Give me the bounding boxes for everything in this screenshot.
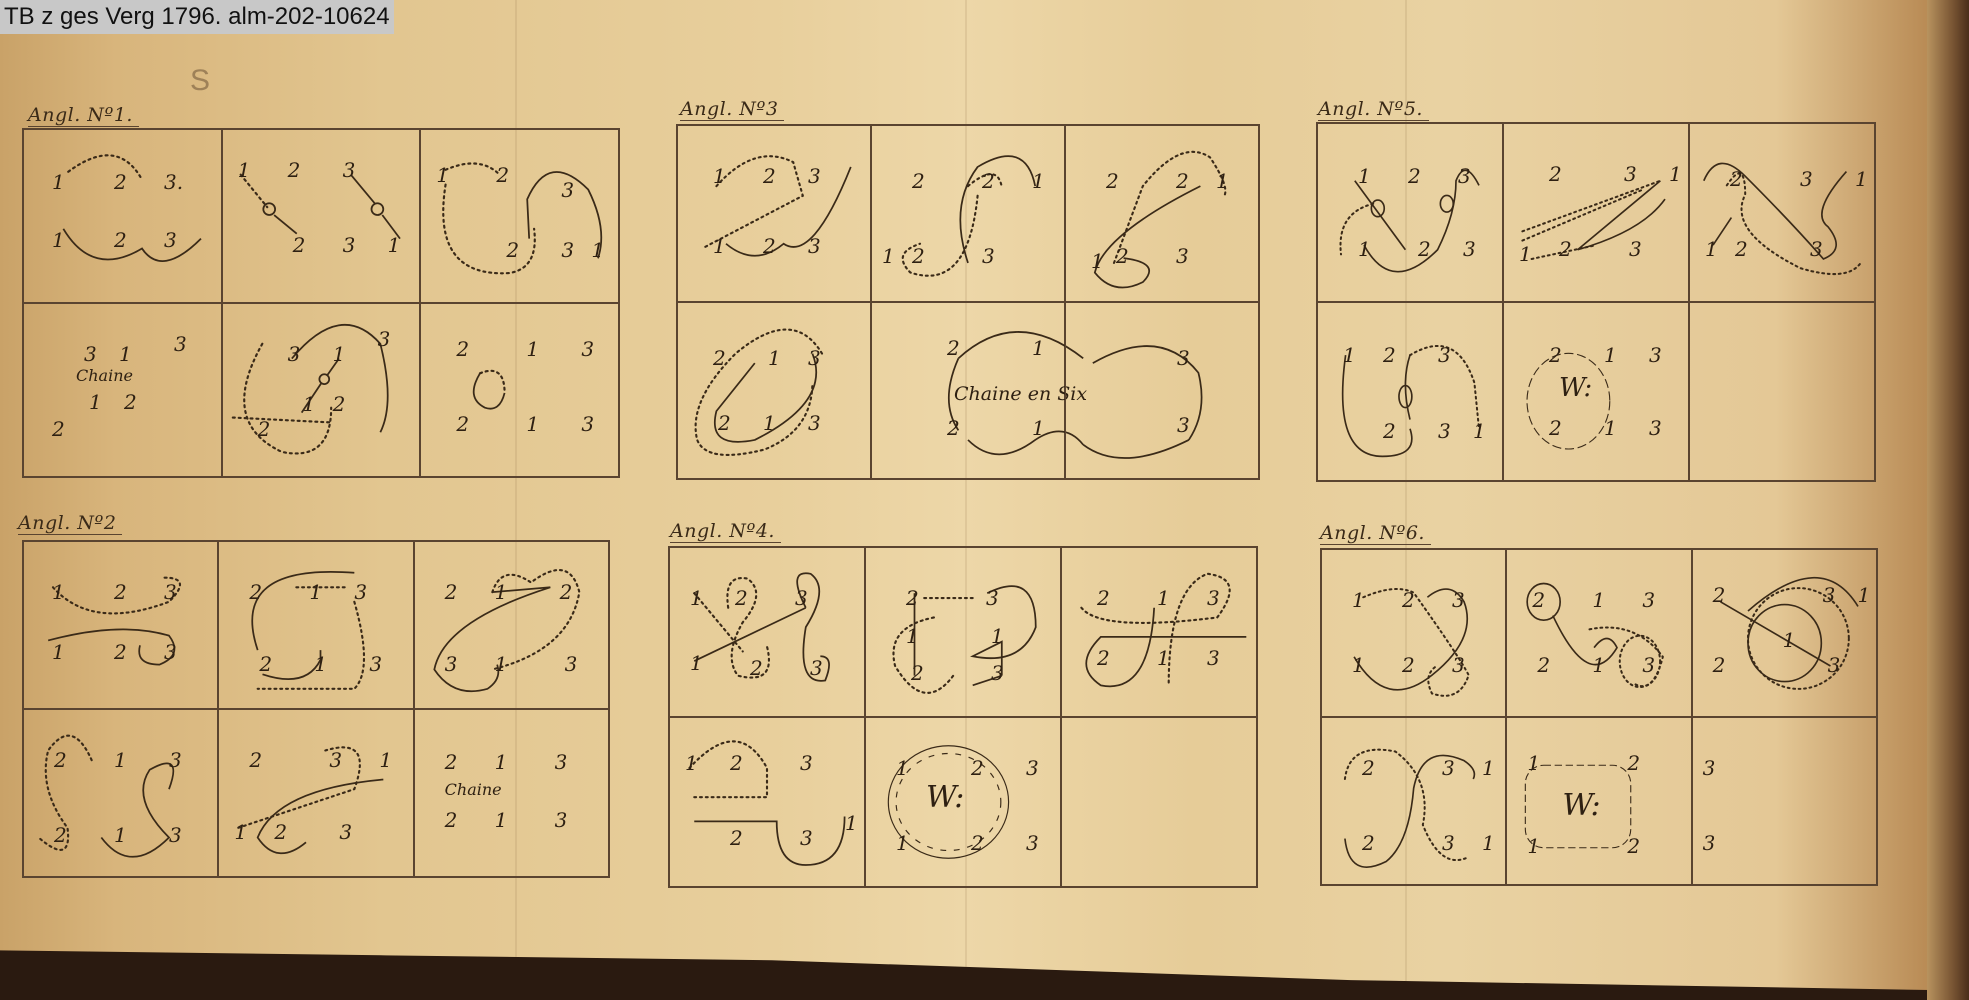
position-number: 2 <box>1097 588 1110 608</box>
figure-cell: 2 1 3 Chaine 2 1 3 <box>414 709 609 877</box>
position-number: 2 <box>1176 171 1189 191</box>
position-number: 1 <box>1519 244 1532 264</box>
position-number: 2 <box>1627 753 1640 773</box>
position-number: 2 <box>293 235 306 255</box>
position-number: 3 <box>1176 246 1189 266</box>
figure-cell: 2 1 3 2 1 3 <box>677 302 871 479</box>
position-number: 2 <box>1408 166 1421 186</box>
position-number: 2 <box>1627 836 1640 856</box>
figure-cell: 1 2 3 2 3 1 <box>222 129 421 303</box>
monogram-w: W: <box>926 780 964 815</box>
monogram-w: W: <box>1559 373 1592 403</box>
position-number: 1 <box>89 392 102 412</box>
position-number: 2 <box>333 394 346 414</box>
position-number: 2 <box>259 654 272 674</box>
position-number: 1 <box>52 642 65 662</box>
dance-figure-drawing <box>1062 548 1256 716</box>
position-number: 3 <box>164 230 177 250</box>
position-number: 1 <box>763 413 776 433</box>
figure-cell: 3 3 <box>1692 717 1877 885</box>
dance-figure-drawing <box>1504 124 1688 301</box>
figure-cell: 1 2 3 2 3 1 <box>1317 302 1503 481</box>
position-number: 1 <box>1482 758 1495 778</box>
position-number: 3 <box>1207 588 1220 608</box>
position-number: 2 <box>124 392 137 412</box>
position-number: 2 <box>1537 655 1550 675</box>
figure-cell: 2 3 1 1 2 3 <box>1689 123 1875 302</box>
dance-figure-drawing <box>1322 718 1505 884</box>
plate-title-6: Angl. Nº6. <box>1320 522 1431 545</box>
position-number: 3 <box>982 246 995 266</box>
position-number: 2 <box>288 160 301 180</box>
position-number: 1 <box>436 165 449 185</box>
position-number: 3 <box>1629 239 1642 259</box>
dance-figure-drawing <box>1322 550 1505 716</box>
figure-cell: 1 2 3 1 2 3 <box>669 547 865 717</box>
figure-cell: 1 2 3 2 3 1 <box>669 717 865 887</box>
position-number: 3 <box>1438 421 1451 441</box>
position-number: 2 <box>54 750 67 770</box>
figure-cell: 2 3 1 2 3 1 <box>1321 717 1506 885</box>
figure-cell: 1 2 3. 1 2 3 <box>23 129 222 303</box>
position-number: 1 <box>495 582 508 602</box>
dance-figure-drawing <box>24 542 217 708</box>
position-number: 3 <box>1463 239 1476 259</box>
position-number: 2 <box>1713 585 1726 605</box>
position-number: 3 <box>343 160 356 180</box>
figure-cell: 1 2 3 1 2 3 <box>677 125 871 302</box>
position-number: 2 <box>911 663 924 683</box>
position-number: 3 <box>1026 758 1039 778</box>
position-number: 1 <box>379 750 392 770</box>
dance-figure-drawing <box>421 304 618 476</box>
figure-cell: 1 2 3 1 2 3 <box>1317 123 1503 302</box>
dance-figure-drawing <box>24 710 217 876</box>
position-number: 1 <box>526 414 539 434</box>
position-number: 3 <box>555 810 568 830</box>
position-number: 1 <box>1592 590 1605 610</box>
position-number: 2 <box>114 582 127 602</box>
position-number: 2 <box>1730 169 1743 189</box>
position-number: 2 <box>947 418 960 438</box>
position-number: 1 <box>1032 338 1045 358</box>
position-number: 1 <box>591 240 604 260</box>
position-number: 3 <box>1828 655 1841 675</box>
position-number: 2 <box>1362 758 1375 778</box>
position-number: 2 <box>912 171 925 191</box>
figure-cell: 2 3 1 1 2 3 <box>1503 123 1689 302</box>
position-number: 3 <box>565 654 578 674</box>
position-number: 2 <box>750 658 763 678</box>
position-number: 1 <box>119 344 132 364</box>
figure-cell: 2 1 2 3 1 3 <box>414 541 609 709</box>
figure-cell: 2 2 1 1 2 3 <box>871 125 1065 302</box>
position-number: 2 <box>456 339 469 359</box>
plate-title-1: Angl. Nº1. <box>28 104 139 127</box>
figure-cell: 2 3 1 2 1 3 <box>1692 549 1877 717</box>
position-number: 3 <box>1442 833 1455 853</box>
position-number: 1 <box>1091 251 1104 271</box>
position-number: 2 <box>1713 655 1726 675</box>
position-number: 3 <box>343 235 356 255</box>
position-number: 2 <box>249 582 262 602</box>
position-number: 3 <box>1642 655 1655 675</box>
position-number: 1 <box>1343 345 1356 365</box>
position-number: 2 <box>971 833 984 853</box>
position-number: 2 <box>982 171 995 191</box>
dance-figure-drawing <box>219 710 412 876</box>
position-number: 1 <box>333 344 346 364</box>
position-number: 3 <box>1649 345 1662 365</box>
position-number: 2 <box>763 236 776 256</box>
position-number: 2 <box>912 246 925 266</box>
figure-cell: 2 3 1 1 2 3 <box>218 709 413 877</box>
position-number: 3 <box>808 166 821 186</box>
position-number: 1 <box>896 758 909 778</box>
figure-cell: 1 2 3 1 2 3 <box>23 541 218 709</box>
dance-figure-drawing <box>866 548 1060 716</box>
position-number: 1 <box>1705 239 1718 259</box>
position-number: 3 <box>1438 345 1451 365</box>
position-number: 3 <box>1800 169 1813 189</box>
plate-title-4: Angl. Nº4. <box>670 520 781 543</box>
position-number: 3 <box>164 582 177 602</box>
chaine-label: Chaine <box>445 780 502 799</box>
position-number: 3 <box>1458 166 1471 186</box>
dance-figure-drawing <box>24 130 221 302</box>
position-number: 1 <box>882 246 895 266</box>
position-number: 2 <box>1383 345 1396 365</box>
document-page: Angl. Nº1. 1 2 3. 1 2 3 1 2 3 2 3 1 1 2 … <box>0 0 1930 990</box>
position-number: 2 <box>971 758 984 778</box>
position-number: 2 <box>114 642 127 662</box>
plate-title-5: Angl. Nº5. <box>1318 98 1429 121</box>
position-number: 2 <box>906 588 919 608</box>
plate-title-2: Angl. Nº2 <box>18 512 122 535</box>
figure-cell: 2 1 3 2 1 3 <box>218 541 413 709</box>
position-number: 1 <box>303 394 316 414</box>
position-number: 3 <box>1026 833 1039 853</box>
figure-cell: 2 1 3 2 1 3 <box>1506 549 1691 717</box>
position-number: 1 <box>1352 590 1365 610</box>
chaine-label: Chaine <box>76 366 133 385</box>
dance-figure-drawing <box>1066 126 1258 301</box>
position-number: 2 <box>445 752 458 772</box>
position-number: 2 <box>1549 164 1562 184</box>
figure-cell <box>1061 717 1257 887</box>
position-number: 1 <box>495 752 508 772</box>
position-number: 3 <box>169 825 182 845</box>
position-number: 1 <box>1358 166 1371 186</box>
position-number: 1 <box>906 626 919 646</box>
position-number: 1 <box>238 160 251 180</box>
position-number: 1 <box>690 588 703 608</box>
dance-figure-drawing <box>219 542 412 708</box>
figure-cell: 2 2 1 1 2 3 <box>1065 125 1259 302</box>
position-number: 2 <box>114 230 127 250</box>
position-number: 3 <box>1703 833 1716 853</box>
position-number: 1 <box>495 810 508 830</box>
position-number: 1 <box>685 753 698 773</box>
position-number: 3 <box>369 654 382 674</box>
position-number: 2 <box>735 588 748 608</box>
position-number: 2 <box>1532 590 1545 610</box>
figure-cell: 2 1 3 2 1 3 <box>420 303 619 477</box>
position-number: 3 <box>561 240 574 260</box>
position-number: 3 <box>169 750 182 770</box>
position-number: 3 <box>808 413 821 433</box>
position-number: 2 <box>1362 833 1375 853</box>
figure-cell: 2 1 3 W: 2 1 3 <box>1503 302 1689 481</box>
position-number: 3 <box>378 329 391 349</box>
position-number: 1 <box>234 822 247 842</box>
position-number: 1 <box>388 235 401 255</box>
library-stamp: S <box>190 64 210 98</box>
dance-figure-drawing <box>1690 124 1874 301</box>
position-number: 1 <box>1604 345 1617 365</box>
position-number: 2 <box>114 172 127 192</box>
position-number: 1 <box>713 166 726 186</box>
position-number: 3 <box>561 180 574 200</box>
figure-cell: 1 2 3 W: 1 2 3 <box>865 717 1061 887</box>
dance-figure-drawing <box>415 542 608 708</box>
position-number: 2 <box>947 338 960 358</box>
dance-figure-drawing <box>1318 303 1502 480</box>
position-number: 1 <box>1669 164 1682 184</box>
position-number: 3 <box>1452 590 1465 610</box>
position-number: 1 <box>1473 421 1486 441</box>
dance-figure-drawing <box>872 126 1064 301</box>
figure-grid-2: 1 2 3 1 2 3 2 1 3 2 1 3 2 1 2 3 1 3 2 <box>22 540 610 878</box>
position-number: 3 <box>808 236 821 256</box>
position-number: 1 <box>114 825 127 845</box>
position-number: 1 <box>1527 753 1540 773</box>
figure-grid-5: 1 2 3 1 2 3 2 3 1 1 2 3 2 3 1 1 2 3 1 <box>1316 122 1876 482</box>
position-number: 2 <box>274 822 287 842</box>
figure-grid-6: 1 2 3 1 2 3 2 1 3 2 1 3 2 3 1 2 1 3 2 <box>1320 548 1878 886</box>
position-number: 3 <box>808 348 821 368</box>
position-number: 1 <box>1157 648 1170 668</box>
position-number: 2 <box>1116 246 1129 266</box>
position-number: 2 <box>52 419 65 439</box>
position-number: 2 <box>1735 239 1748 259</box>
position-number: 2 <box>1097 648 1110 668</box>
position-number: 3 <box>174 334 187 354</box>
position-number: 1 <box>1858 585 1871 605</box>
dance-figure-drawing <box>670 548 864 716</box>
figure-cell: 1 2 W: 1 2 <box>1506 717 1691 885</box>
position-number: 1 <box>713 236 726 256</box>
figure-grid-1: 1 2 3. 1 2 3 1 2 3 2 3 1 1 2 3 2 3 1 3 1 <box>22 128 620 478</box>
position-number: 1 <box>1352 655 1365 675</box>
position-number: 1 <box>1482 833 1495 853</box>
position-number: 1 <box>1032 171 1045 191</box>
position-number: 3 <box>555 752 568 772</box>
position-number: 2 <box>730 753 743 773</box>
figure-cell: 1 2 3 1 2 3 <box>1321 549 1506 717</box>
position-number: 3 <box>329 750 342 770</box>
figure-cell: 2 3 1 1 2 3 <box>865 547 1061 717</box>
position-number: 1 <box>1527 836 1540 856</box>
position-number: 2 <box>1402 655 1415 675</box>
position-number: 1 <box>1592 655 1605 675</box>
position-number: 2 <box>1559 239 1572 259</box>
position-number: 2 <box>1106 171 1119 191</box>
position-number: 1 <box>52 582 65 602</box>
position-number: 1 <box>52 172 65 192</box>
position-number: 2 <box>1418 239 1431 259</box>
position-number: 1 <box>314 654 327 674</box>
position-number: 3 <box>1624 164 1637 184</box>
dance-figure-drawing <box>1507 550 1690 716</box>
position-number: 1 <box>1358 239 1371 259</box>
position-number: 3 <box>1703 758 1716 778</box>
book-edge <box>1927 0 1969 1000</box>
position-number: 3 <box>1642 590 1655 610</box>
figure-cell: 2 1 3 Chaine en Six 2 1 3 <box>871 302 1065 479</box>
position-number: 2 <box>506 240 519 260</box>
position-number: 1 <box>1783 630 1796 650</box>
monogram-w: W: <box>1562 788 1600 823</box>
position-number: 3 <box>800 753 813 773</box>
position-number: 3 <box>1823 585 1836 605</box>
figure-cell: 2 1 3 2 1 3 <box>23 709 218 877</box>
position-number: 1 <box>1032 418 1045 438</box>
position-number: 2 <box>456 414 469 434</box>
position-number: 1 <box>495 654 508 674</box>
dance-figure-drawing <box>223 130 420 302</box>
position-number: 1 <box>1855 169 1868 189</box>
position-number: 2 <box>445 582 458 602</box>
position-number: 2 <box>258 419 271 439</box>
position-number: 3 <box>445 654 458 674</box>
position-number: 2 <box>718 413 731 433</box>
position-number: 3 <box>581 339 594 359</box>
position-number: 2 <box>763 166 776 186</box>
position-number: 3 <box>1452 655 1465 675</box>
position-number: 3 <box>991 663 1004 683</box>
position-number: 2 <box>560 582 573 602</box>
dance-figure-drawing <box>1318 124 1502 301</box>
position-number: 3 <box>1207 648 1220 668</box>
position-number: 2 <box>445 810 458 830</box>
position-number: 1 <box>1216 171 1229 191</box>
position-number: 2 <box>54 825 67 845</box>
position-number: 2 <box>1383 421 1396 441</box>
position-number: 1 <box>991 626 1004 646</box>
position-number: 3 <box>581 414 594 434</box>
position-number: 1 <box>768 348 781 368</box>
dance-figure-drawing <box>678 126 870 301</box>
position-number: 2 <box>730 828 743 848</box>
position-number: 1 <box>1604 418 1617 438</box>
position-number: 3 <box>339 822 352 842</box>
figure-cell: 2 1 3 2 1 3 <box>1061 547 1257 717</box>
figure-cell <box>1689 302 1875 481</box>
position-number: 3. <box>164 172 183 192</box>
dance-figure-drawing <box>678 303 870 478</box>
dance-figure-drawing <box>1504 303 1688 480</box>
position-number: 3 <box>288 344 301 364</box>
position-number: 2 <box>496 165 509 185</box>
position-number: 3 <box>810 658 823 678</box>
position-number: 3 <box>84 344 97 364</box>
position-number: 2 <box>1549 345 1562 365</box>
position-number: 1 <box>114 750 127 770</box>
figure-cell: 3 1 Chaine 1 2 2 3 <box>23 303 222 477</box>
figure-cell <box>1065 302 1259 479</box>
position-number: 1 <box>526 339 539 359</box>
position-number: 3 <box>1649 418 1662 438</box>
figure-grid-4: 1 2 3 1 2 3 2 3 1 1 2 3 2 1 3 2 1 3 1 <box>668 546 1258 888</box>
position-number: 3 <box>800 828 813 848</box>
image-caption: TB z ges Verg 1796. alm-202-10624 <box>0 0 394 34</box>
position-number: 3 <box>354 582 367 602</box>
position-number: 1 <box>309 582 322 602</box>
position-number: 1 <box>845 813 858 833</box>
position-number: 2 <box>1549 418 1562 438</box>
position-number: 3 <box>986 588 999 608</box>
position-number: 1 <box>690 653 703 673</box>
position-number: 2 <box>1402 590 1415 610</box>
figure-cell: 1 2 3 2 3 1 <box>420 129 619 303</box>
dance-figure-drawing <box>421 130 618 302</box>
position-number: 3 <box>164 642 177 662</box>
position-number: 3 <box>795 588 808 608</box>
position-number: 1 <box>896 833 909 853</box>
position-number: 3 <box>1442 758 1455 778</box>
dance-figure-drawing <box>670 718 864 886</box>
figure-grid-3: 1 2 3 1 2 3 2 2 1 1 2 3 2 2 1 1 2 3 2 <box>676 124 1260 480</box>
figure-cell: 3 1 3 1 2 2 <box>222 303 421 477</box>
position-number: 2 <box>713 348 726 368</box>
position-number: 1 <box>52 230 65 250</box>
position-number: 3 <box>1810 239 1823 259</box>
position-number: 2 <box>249 750 262 770</box>
position-number: 1 <box>1157 588 1170 608</box>
plate-title-3: Angl. Nº3 <box>680 98 784 121</box>
